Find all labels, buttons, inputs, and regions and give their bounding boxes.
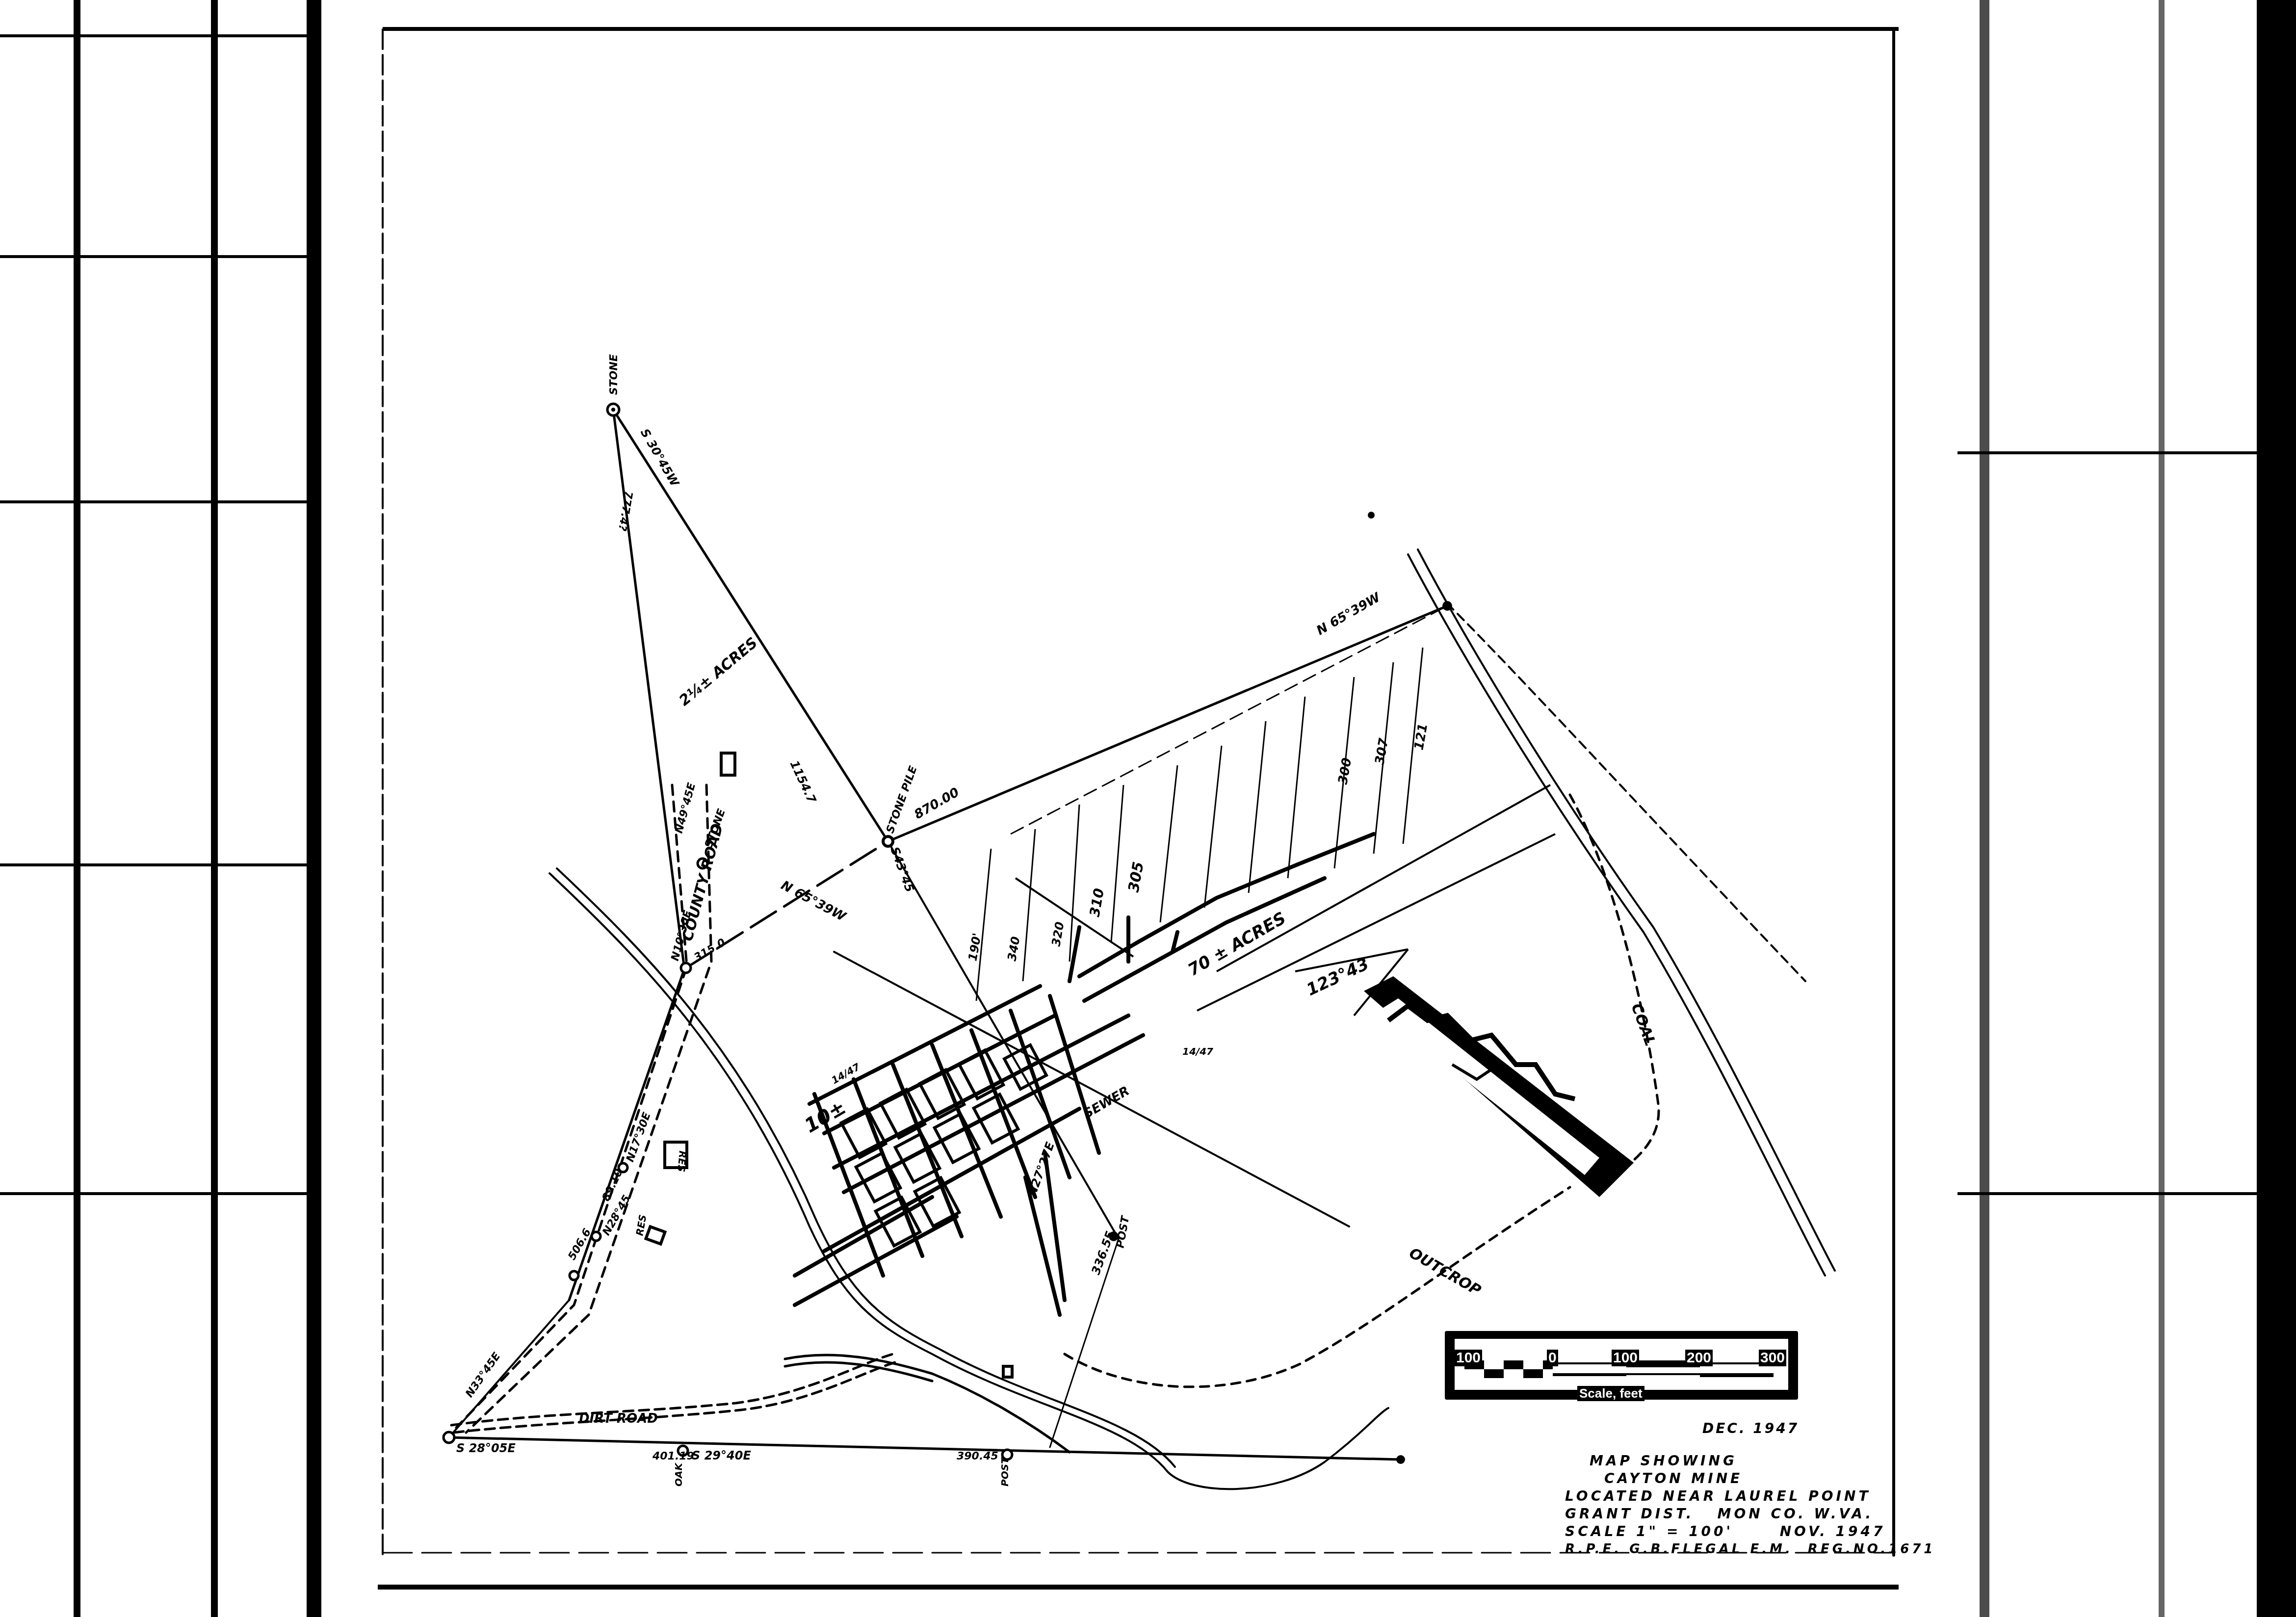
label-401: 401.19 — [652, 1450, 694, 1462]
title-line-5: SCALE 1" = 100' NOV. 1947 — [1565, 1523, 1918, 1540]
date-stamp: DEC. 1947 — [1702, 1420, 1799, 1436]
title-line-3: LOCATED NEAR LAUREL POINT — [1565, 1487, 1918, 1505]
title-line-6: R.P.E. G.B.FLEGAL E.M. REG.NO.1671 — [1565, 1540, 1918, 1558]
label-390: 390.45 — [957, 1450, 998, 1462]
title-block: MAP SHOWING CAYTON MINE LOCATED NEAR LAU… — [1565, 1452, 1918, 1558]
scan-frame — [0, 0, 2296, 1617]
scale-bar: 100 0 100 200 300 Scale, feet — [1445, 1331, 1798, 1400]
title-line-1: MAP SHOWING — [1565, 1452, 1918, 1470]
title-line-4: GRANT DIST. MON CO. W.VA. — [1565, 1505, 1918, 1523]
label-stone-top: STONE — [608, 354, 620, 395]
mine-map: STONE S 30°45W 777.4? 2¼± ACRES 1154.7 S… — [0, 0, 2296, 1617]
scale-tick-0: 0 — [1547, 1350, 1558, 1366]
corner-marker-ne — [1442, 601, 1452, 611]
stone-pile-marker — [883, 836, 893, 846]
scale-tick-200: 200 — [1685, 1350, 1713, 1366]
road-corner-marker — [681, 963, 691, 973]
label-s2805: S 28°05E — [456, 1441, 516, 1455]
label-post-2: POST — [999, 1457, 1011, 1487]
se-corner-marker — [1396, 1455, 1405, 1464]
scale-tick-100: 100 — [1612, 1350, 1639, 1366]
label-s2940: S 29°40E — [692, 1449, 751, 1462]
sw-corner-marker — [444, 1432, 454, 1443]
label-oak: OAK — [673, 1462, 684, 1487]
scale-caption: Scale, feet — [1577, 1386, 1644, 1401]
title-line-2: CAYTON MINE — [1565, 1470, 1918, 1487]
scale-tick-100-left: 100 — [1455, 1350, 1482, 1366]
label-dirt-road: DIRT ROAD — [579, 1411, 658, 1426]
scale-tick-300: 300 — [1759, 1350, 1786, 1366]
label-res-1: RES — [675, 1150, 689, 1173]
label-date-1447-a: 14/47 — [1182, 1045, 1213, 1057]
